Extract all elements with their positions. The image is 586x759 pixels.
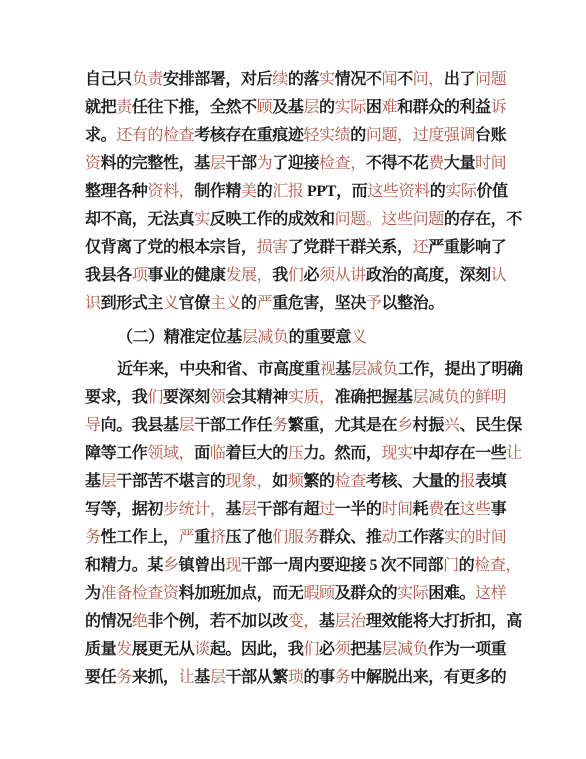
text-run-normal: 要深刻 (163, 389, 210, 406)
text-run-normal: 力。然而， (303, 445, 381, 462)
text-run-normal: 的情况 (85, 613, 132, 630)
text-run-normal: 事 (491, 501, 507, 518)
text-line: 导向。我县基层干部工作任务繁重，尤其是在乡村振兴、民生保 (85, 412, 508, 440)
text-run-normal: 重 (194, 529, 210, 546)
text-run-normal: 任往下推，全然不 (132, 99, 257, 116)
text-column: 自己只负责安排部署，对后续的落实情况不闻不问，出了问题就把责任往下推，全然不顾及… (0, 0, 586, 692)
document-page: 自己只负责安排部署，对后续的落实情况不闻不问，出了问题就把责任往下推，全然不顾及… (0, 0, 586, 759)
text-run-emphasis: 问题，过度强调 (366, 127, 475, 144)
text-run-normal: 和群众的利益 (397, 99, 491, 116)
text-run-emphasis: 汇报 (272, 183, 303, 200)
text-run-emphasis: 义 (163, 295, 179, 312)
text-run-emphasis: 门 (443, 557, 459, 574)
text-run-normal: 考核、大量的 (366, 473, 460, 490)
text-run-emphasis: 挤 (210, 529, 226, 546)
body-paragraph: 自己只负责安排部署，对后续的落实情况不闻不问，出了问题就把责任往下推，全然不顾及… (85, 66, 508, 318)
text-run-emphasis: 层 (179, 417, 195, 434)
text-run-normal: 要求，我 (85, 389, 147, 406)
text-run-emphasis: 续 (272, 71, 288, 88)
text-run-normal: 干部工作任 (194, 417, 272, 434)
text-run-emphasis: 领 (210, 389, 226, 406)
text-run-normal: 耗 (413, 501, 429, 518)
text-run-emphasis: 准备检查资 (101, 585, 179, 602)
text-run-emphasis: 层 (210, 669, 226, 686)
text-run-normal: 准确把握基 (335, 389, 413, 406)
text-run-normal: 面 (194, 445, 210, 462)
text-line: 近年来，中央和省、市高度重视基层减负工作，提出了明确 (85, 356, 508, 384)
text-run-emphasis: 难 (381, 99, 397, 116)
text-line: 质量发展更无从谈起。因此，我们必须把基层减负作为一项重 (85, 636, 508, 664)
text-run-normal: 中解脱出来，有更多的 (350, 669, 506, 686)
text-run-emphasis: 兴 (444, 417, 460, 434)
text-run-normal: 非个例，若不加以改 (147, 613, 287, 630)
text-run-emphasis: 还 (413, 239, 429, 256)
text-run-normal: 严重影响了 (428, 239, 506, 256)
text-run-emphasis: 费 (428, 155, 444, 172)
text-run-emphasis: 这样 (475, 585, 506, 602)
text-run-normal: 写等，据初 (85, 501, 163, 518)
text-run-emphasis: 层 (241, 501, 257, 518)
text-line: 障等工作领域，面临着巨大的压力。然而，现实中却存在一些让 (85, 440, 508, 468)
text-run-normal: 我县各 (85, 267, 132, 284)
text-run-normal: 的 (350, 127, 366, 144)
text-run-normal: 工作，提出了明确 (398, 361, 523, 378)
text-run-normal: 料加班加点，而无 (179, 585, 304, 602)
text-run-emphasis: 暇顾 (303, 585, 334, 602)
text-run-emphasis: 动 (381, 529, 397, 546)
text-run-emphasis: 层 (210, 155, 226, 172)
text-run-normal: 繁的 (303, 473, 334, 490)
text-run-normal: 干部苦不堪言的 (116, 473, 225, 490)
text-run-emphasis: 费 (428, 501, 444, 518)
text-run-normal: 重危害，坚决 (272, 295, 366, 312)
text-run-emphasis: 义 (351, 329, 367, 346)
text-run-emphasis: 实际 (335, 99, 366, 116)
text-run-emphasis: 实际 (445, 183, 476, 200)
text-run-normal: 会其精神 (225, 389, 287, 406)
text-run-emphasis: 时间 (381, 501, 412, 518)
text-run-emphasis: 导 (85, 417, 101, 434)
text-run-normal: 及群众的 (335, 585, 397, 602)
text-run-emphasis: 务 (85, 529, 101, 546)
text-line: 求。还有的检查考核存在重痕迹轻实绩的问题，过度强调台账 (85, 122, 508, 150)
text-run-emphasis: 须从讲 (319, 267, 366, 284)
text-run-emphasis: 过 (319, 501, 335, 518)
text-run-normal: 却不高，无法真 (85, 211, 194, 228)
text-run-emphasis: 问， (413, 71, 444, 88)
text-run-normal: 仅背离了党的根本宗旨， (85, 239, 257, 256)
text-run-emphasis: 责 (116, 99, 132, 116)
text-run-normal: 料的完整性，基 (101, 155, 210, 172)
text-line: 和精力。某乡镇曾出现干部一周内要迎接 5 次不同部门的检查， (85, 552, 508, 580)
text-run-emphasis: 损害 (257, 239, 288, 256)
text-run-emphasis: 务 (116, 669, 132, 686)
text-run-normal: 考核存在重痕迹 (194, 127, 303, 144)
text-run-normal: 干部有超 (257, 501, 319, 518)
text-run-normal: 大量 (444, 155, 475, 172)
text-run-normal: 不 (397, 71, 413, 88)
text-run-normal: 整理各种 (85, 183, 147, 200)
text-run-emphasis: 乡 (163, 557, 179, 574)
text-run-normal: 展更无从 (132, 641, 194, 658)
text-line: 仅背离了党的根本宗旨，损害了党群干群关系，还严重影响了 (85, 234, 508, 262)
text-run-emphasis: 现实 (381, 445, 412, 462)
text-run-normal: 作为一项重 (428, 641, 506, 658)
text-run-emphasis: 资 (85, 155, 101, 172)
text-run-emphasis: 发 (116, 641, 132, 658)
text-run-normal: 为 (85, 585, 101, 602)
text-run-normal: 起。因此，我 (210, 641, 304, 658)
text-run-normal: 台账 (475, 127, 506, 144)
text-run-emphasis: 须 (335, 641, 351, 658)
text-run-emphasis: 层治 (335, 613, 366, 630)
text-run-emphasis: 琐 (288, 669, 304, 686)
text-run-normal: 自己只 (85, 71, 132, 88)
text-run-normal: 如 (272, 473, 288, 490)
text-run-emphasis: 识 (85, 295, 101, 312)
text-run-normal: 必 (319, 641, 335, 658)
text-run-emphasis: 这些资料 (367, 183, 429, 200)
text-run-emphasis: 务 (272, 417, 288, 434)
text-run-emphasis: 层减负 (381, 641, 428, 658)
text-run-normal: 基 (194, 669, 210, 686)
text-run-normal: 镇曾出 (179, 557, 226, 574)
text-run-emphasis: 们 (288, 267, 304, 284)
text-line: 要求，我们要深刻领会其精神实质，准确把握基层减负的鲜明 (85, 384, 508, 412)
text-run-normal: 的 (257, 183, 273, 200)
text-run-normal: （二）精准定位基 (117, 329, 242, 346)
text-line: 自己只负责安排部署，对后续的落实情况不闻不问，出了问题 (85, 66, 508, 94)
text-run-normal: 中却存在一些 (413, 445, 507, 462)
text-run-emphasis: 美 (241, 183, 257, 200)
text-run-emphasis: 实质， (288, 389, 335, 406)
text-run-normal: 一半的 (335, 501, 382, 518)
section-heading: （二）精准定位基层减负的重要意义 (85, 324, 508, 352)
text-run-emphasis: 领域， (147, 445, 194, 462)
text-run-normal: 事业的健康 (147, 267, 225, 284)
text-line: 写等，据初步统计，基层干部有超过一半的时间耗费在这些事 (85, 496, 508, 524)
text-line: 要任务来抓，让基层干部从繁琐的事务中解脱出来，有更多的 (85, 664, 508, 692)
text-run-normal: 的存在，不 (444, 211, 522, 228)
text-run-emphasis: 临 (210, 445, 226, 462)
text-run-emphasis: 严 (257, 295, 273, 312)
text-run-emphasis: 务 (335, 669, 351, 686)
text-line: 就把责任往下推，全然不顾及基层的实际困难和群众的利益诉 (85, 94, 508, 122)
text-run-emphasis: 认 (491, 267, 507, 284)
text-run-emphasis: 予 (366, 295, 382, 312)
text-run-normal: 村振 (413, 417, 444, 434)
text-run-emphasis: 实 (319, 71, 335, 88)
text-run-emphasis: 层 (303, 99, 319, 116)
text-run-normal: 压了他 (225, 529, 272, 546)
text-run-emphasis: 视 (320, 361, 336, 378)
text-run-normal: 要任 (85, 669, 116, 686)
text-run-normal: 安排部署，对后 (163, 71, 272, 88)
text-run-normal: 政治的高度，深刻 (366, 267, 491, 284)
text-run-normal: 的 (430, 183, 446, 200)
text-run-normal: 不得不花 (366, 155, 428, 172)
text-run-emphasis: 让 (179, 669, 195, 686)
text-run-emphasis: 诉 (491, 99, 507, 116)
text-run-emphasis: 们服务 (272, 529, 319, 546)
text-run-emphasis: 为 (257, 155, 273, 172)
text-run-normal: 求。 (85, 127, 116, 144)
text-run-emphasis: 谈 (194, 641, 210, 658)
text-run-normal: 官僚 (179, 295, 210, 312)
text-run-normal: 价值 (477, 183, 508, 200)
text-run-normal: 表填 (475, 473, 506, 490)
text-run-normal: 的 (241, 295, 257, 312)
text-run-normal: 着巨大的 (225, 445, 287, 462)
text-run-normal: 繁重，尤其是在 (288, 417, 397, 434)
text-line: 整理各种资料，制作精美的汇报 PPT，而这些资料的实际价值 (85, 178, 508, 206)
text-run-emphasis: 检查 (335, 473, 366, 490)
text-run-emphasis: 步统计， (163, 501, 225, 518)
text-run-normal: 基 (319, 613, 335, 630)
text-line: 我县各项事业的健康发展，我们必须从讲政治的高度，深刻认 (85, 262, 508, 290)
text-run-emphasis: 乡 (397, 417, 413, 434)
text-run-emphasis: 层 (101, 473, 117, 490)
text-run-normal: 以整治。 (381, 295, 443, 312)
text-run-normal: PPT，而 (303, 183, 367, 200)
text-run-emphasis: 让 (506, 445, 522, 462)
text-run-normal: 来抓， (132, 669, 179, 686)
text-run-emphasis: 压 (288, 445, 304, 462)
text-run-emphasis: 问题。这些问题 (335, 211, 444, 228)
text-run-normal: 到形式主 (101, 295, 163, 312)
text-run-emphasis: 负责 (132, 71, 163, 88)
text-run-normal: 性工作上， (101, 529, 179, 546)
text-run-emphasis: 绝 (132, 613, 148, 630)
text-run-normal: 群众、推 (319, 529, 381, 546)
body-paragraph: 近年来，中央和省、市高度重视基层减负工作，提出了明确要求，我们要深刻领会其精神实… (85, 356, 508, 692)
text-line: 为准备检查资料加班加点，而无暇顾及群众的实际困难。这样 (85, 580, 508, 608)
text-run-emphasis: 实 (194, 211, 210, 228)
text-run-normal: 基 (85, 473, 101, 490)
text-run-normal: 干部 (225, 155, 256, 172)
text-run-normal: 我 (272, 267, 288, 284)
text-run-normal: 必 (303, 267, 319, 284)
text-run-normal: 在 (444, 501, 460, 518)
text-run-emphasis: 检查， (319, 155, 366, 172)
text-run-normal: 、民生保 (459, 417, 521, 434)
text-run-emphasis: 轻实绩 (303, 127, 350, 144)
text-run-emphasis: 资料， (147, 183, 194, 200)
text-run-normal: 理效能将大打折扣，高 (366, 613, 522, 630)
text-line: 却不高，无法真实反映工作的成效和问题。这些问题的存在，不 (85, 206, 508, 234)
text-run-normal: 的 (459, 557, 475, 574)
text-run-normal: 了迎接 (272, 155, 319, 172)
text-run-normal: 基 (225, 501, 241, 518)
text-run-normal: 了党群干群关系， (288, 239, 413, 256)
text-run-emphasis: 主义 (210, 295, 241, 312)
text-run-normal: 情况不 (335, 71, 382, 88)
text-line: 的情况绝非个例，若不加以改变，基层治理效能将大打折扣，高 (85, 608, 508, 636)
text-run-normal: 工作落 (397, 529, 444, 546)
text-run-normal: 障等工作 (85, 445, 147, 462)
text-run-normal: 质量 (85, 641, 116, 658)
text-run-normal: 困难。 (428, 585, 475, 602)
text-run-normal: 把基 (350, 641, 381, 658)
text-run-emphasis: 项 (132, 267, 148, 284)
text-run-emphasis: 变， (288, 613, 319, 630)
text-run-normal: 和精力。某 (85, 557, 163, 574)
text-run-normal: 干部一周内要迎接 5 次不同部 (241, 557, 443, 574)
text-run-emphasis: 严 (179, 529, 195, 546)
text-run-emphasis: 实的时间 (444, 529, 506, 546)
text-run-normal: 的事 (303, 669, 334, 686)
text-run-normal: 及基 (272, 99, 303, 116)
text-run-emphasis: 现 (225, 557, 241, 574)
text-run-emphasis: 层减负 (242, 329, 289, 346)
text-line: 识到形式主义官僚主义的严重危害，坚决予以整治。 (85, 290, 508, 318)
text-run-normal: 干部从繁 (225, 669, 287, 686)
text-run-emphasis: 报 (459, 473, 475, 490)
text-run-emphasis: 现象， (225, 473, 272, 490)
text-line: 务性工作上，严重挤压了他们服务群众、推动工作落实的时间 (85, 524, 508, 552)
text-run-emphasis: 频 (288, 473, 304, 490)
text-run-normal: 的重要意 (289, 329, 351, 346)
text-run-emphasis: 们 (147, 389, 163, 406)
text-run-normal: 近年来，中央和省、市高度重 (117, 361, 320, 378)
text-run-emphasis: 层减负的鲜明 (413, 389, 507, 406)
text-run-emphasis: 时间 (475, 155, 506, 172)
text-run-normal: 基 (335, 361, 351, 378)
text-run-emphasis: 层减负 (351, 361, 398, 378)
text-run-normal: 出了 (444, 71, 475, 88)
text-run-emphasis: 顾 (257, 99, 273, 116)
text-run-emphasis: 们 (303, 641, 319, 658)
text-run-normal: 的 (319, 99, 335, 116)
text-run-emphasis: 实际 (397, 585, 428, 602)
text-run-emphasis: 问题 (475, 71, 506, 88)
text-run-normal: 反映工作的成效和 (210, 211, 335, 228)
text-run-emphasis: 发展， (225, 267, 272, 284)
text-line: （二）精准定位基层减负的重要意义 (85, 324, 508, 352)
text-run-normal: 制作精 (194, 183, 241, 200)
text-line: 资料的完整性，基层干部为了迎接检查，不得不花费大量时间 (85, 150, 508, 178)
text-run-normal: 向。我县基 (101, 417, 179, 434)
text-line: 基层干部苦不堪言的现象，如频繁的检查考核、大量的报表填 (85, 468, 508, 496)
text-run-emphasis: 还有的检查 (116, 127, 194, 144)
text-run-emphasis: 这些 (460, 501, 491, 518)
text-run-emphasis: 检查， (474, 557, 521, 574)
text-run-normal: 的落 (288, 71, 319, 88)
text-run-normal: 困 (366, 99, 382, 116)
text-run-emphasis: 闻 (381, 71, 397, 88)
text-run-normal: 就把 (85, 99, 116, 116)
